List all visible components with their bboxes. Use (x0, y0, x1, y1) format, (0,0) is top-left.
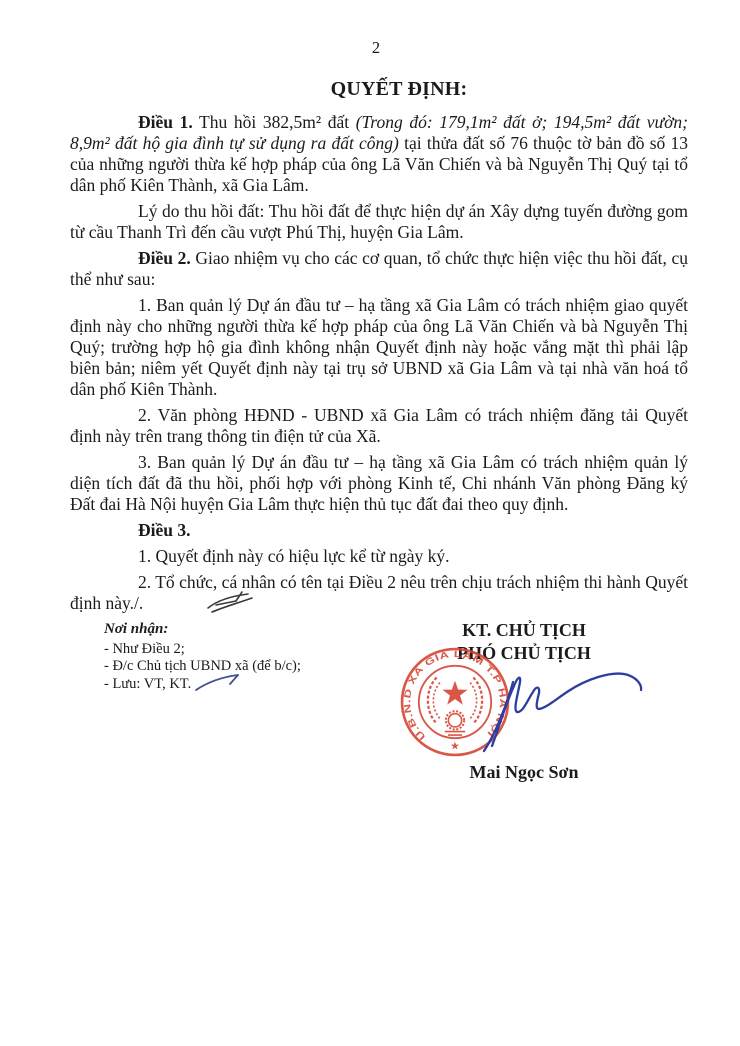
text-run: Điều 2. (138, 248, 191, 268)
signer-title-line2: PHÓ CHỦ TỊCH (418, 642, 630, 665)
document-title: QUYẾT ĐỊNH: (0, 78, 740, 101)
signer-title-line1: KT. CHỦ TỊCH (418, 619, 630, 642)
text-run: 3. Ban quản lý Dự án đầu tư – hạ tầng xã… (70, 452, 688, 514)
emblem-banner (445, 732, 465, 736)
dieu-3-item-1: 1. Quyết định này có hiệu lực kể từ ngày… (70, 546, 688, 567)
text-run: 1. Quyết định này có hiệu lực kể từ ngày… (138, 546, 450, 566)
ly-do-thu-hoi: Lý do thu hồi đất: Thu hồi đất để thực h… (70, 201, 688, 243)
text-run: 1. Ban quản lý Dự án đầu tư – hạ tầng xã… (70, 295, 688, 399)
document-page: 2 QUYẾT ĐỊNH: Điều 1. Thu hồi 382,5m² đấ… (0, 0, 740, 1046)
seal-bottom-star: ★ (450, 740, 460, 752)
national-emblem-icon (428, 677, 482, 736)
dieu-2: Điều 2. Giao nhiệm vụ cho các cơ quan, t… (70, 248, 688, 290)
text-run: 2. Văn phòng HĐND - UBND xã Gia Lâm có t… (70, 405, 688, 446)
emblem-wreath-right (472, 677, 482, 723)
signature-ink (458, 658, 648, 758)
dieu-2-item-2: 2. Văn phòng HĐND - UBND xã Gia Lâm có t… (70, 405, 688, 447)
recipients-block: Nơi nhận: - Như Điều 2;- Đ/c Chủ tịch UB… (104, 621, 384, 693)
dieu-3: Điều 3. (70, 520, 688, 541)
text-run: Điều 1. (138, 112, 193, 132)
text-run: Điều 3. (138, 520, 191, 540)
emblem-cog-icon (448, 714, 461, 727)
seal-inner-ring (419, 666, 491, 738)
dieu-3-item-2: 2. Tổ chức, cá nhân có tên tại Điều 2 nê… (70, 572, 688, 614)
text-run: Lý do thu hồi đất: Thu hồi đất để thực h… (70, 201, 688, 242)
document-body: Điều 1. Thu hồi 382,5m² đất (Trong đó: 1… (70, 112, 688, 614)
recipients-list: - Như Điều 2;- Đ/c Chủ tịch UBND xã (để … (104, 641, 384, 693)
dieu-1: Điều 1. Thu hồi 382,5m² đất (Trong đó: 1… (70, 112, 688, 196)
page-number: 2 (0, 38, 740, 58)
seal-outer-ring (402, 649, 508, 755)
emblem-wreath-left (428, 677, 438, 723)
emblem-star-icon (442, 681, 467, 705)
text-run: Thu hồi 382,5m² đất (193, 112, 356, 132)
dieu-2-item-1: 1. Ban quản lý Dự án đầu tư – hạ tầng xã… (70, 295, 688, 400)
recipients-label: Nơi nhận: (104, 621, 384, 638)
recipient-item: - Đ/c Chủ tịch UBND xã (để b/c); (104, 658, 384, 675)
recipient-item: - Như Điều 2; (104, 641, 384, 658)
signer-title-block: KT. CHỦ TỊCH PHÓ CHỦ TỊCH (418, 619, 630, 664)
dieu-2-item-3: 3. Ban quản lý Dự án đầu tư – hạ tầng xã… (70, 452, 688, 515)
text-run: 2. Tổ chức, cá nhân có tên tại Điều 2 nê… (70, 572, 688, 613)
signer-name: Mai Ngọc Sơn (418, 762, 630, 783)
recipient-item: - Lưu: VT, KT. (104, 676, 384, 693)
